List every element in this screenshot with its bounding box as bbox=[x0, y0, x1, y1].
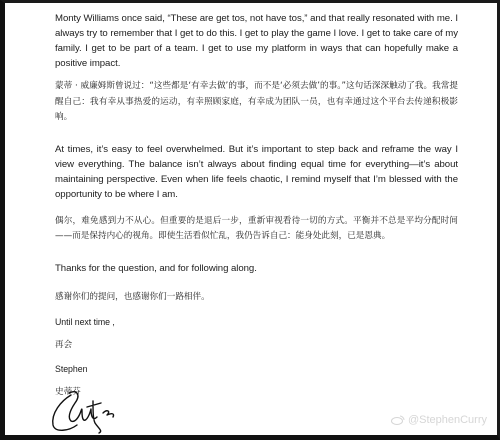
paragraph-en-2: At times, it’s easy to feel overwhelmed.… bbox=[55, 142, 458, 202]
closing-zh: 再会 bbox=[55, 338, 458, 354]
paragraph-en-1: Monty Williams once said, “These are get… bbox=[55, 11, 458, 71]
paragraph-en-thanks: Thanks for the question, and for followi… bbox=[55, 261, 458, 276]
paragraph-zh-2: 偶尔，难免感到力不从心。但重要的是退后一步，重新审视看待一切的方式。平衡并不总是… bbox=[55, 214, 458, 245]
closing-en: Until next time , bbox=[55, 315, 458, 330]
paragraph-zh-thanks: 感谢你们的提问，也感谢你们一路相伴。 bbox=[55, 290, 458, 306]
watermark: @StephenCurry bbox=[391, 414, 487, 426]
document-frame: Monty Williams once said, “These are get… bbox=[0, 0, 500, 440]
sender-name-en: Stephen bbox=[55, 362, 458, 377]
signature-image bbox=[47, 387, 127, 437]
watermark-text: @StephenCurry bbox=[408, 414, 487, 426]
letter-body: Monty Williams once said, “These are get… bbox=[55, 11, 458, 400]
weibo-icon bbox=[391, 415, 405, 425]
paragraph-zh-1: 蒙蒂 · 威廉姆斯曾说过：“这些都是‘有幸去做’的事，而不是‘必须去做’的事。”… bbox=[55, 79, 458, 126]
